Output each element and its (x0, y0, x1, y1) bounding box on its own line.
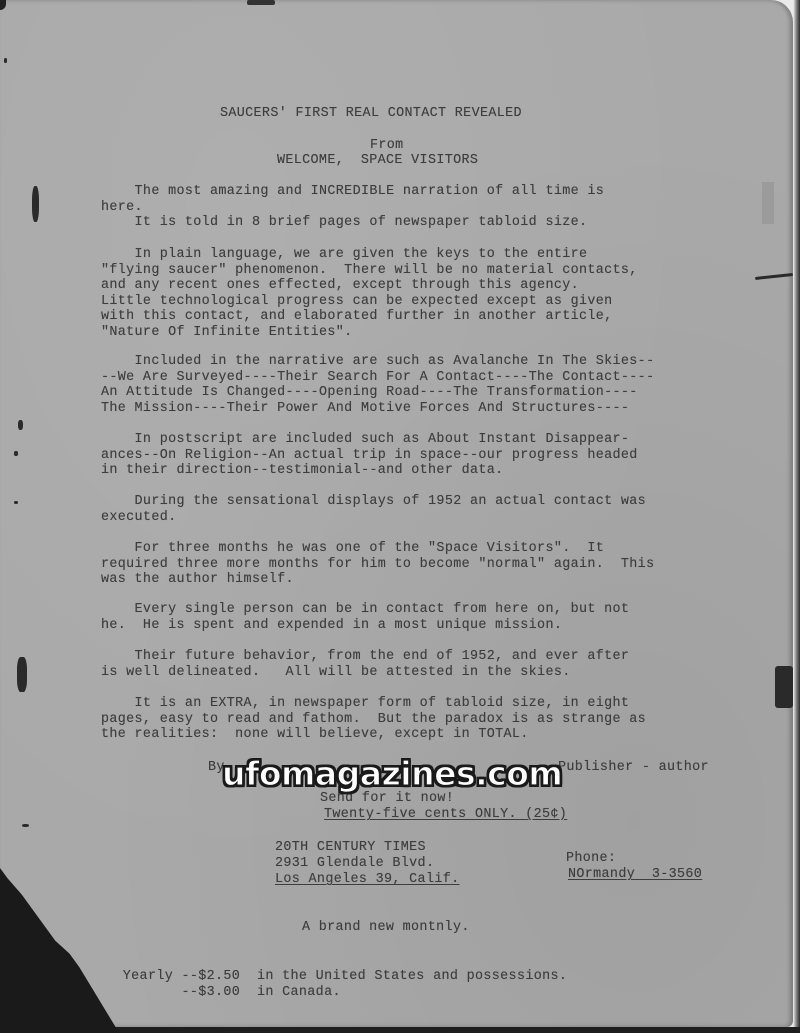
document-title: SAUCERS' FIRST REAL CONTACT REVEALED (220, 106, 522, 122)
ink-speck (22, 824, 29, 827)
paragraph-line: An Attitude Is Changed----Opening Road--… (101, 385, 638, 401)
paragraph-line: --We Are Surveyed----Their Search For A … (101, 370, 654, 386)
paragraph-line: pages, easy to read and fathom. But the … (101, 712, 646, 728)
frequency-note: A brand new montnly. (302, 920, 470, 936)
source-title: WELCOME, SPACE VISITORS (277, 153, 478, 169)
paragraph-line: "flying saucer" phenomenon. There will b… (101, 263, 638, 279)
paragraph-line: In plain language, we are given the keys… (101, 247, 587, 263)
paragraph-line: In postscript are included such as About… (101, 432, 629, 448)
paragraph-line: It is told in 8 brief pages of newspaper… (101, 215, 587, 231)
page-right-edge (793, 0, 800, 1033)
publisher-street: 2931 Glendale Blvd. (275, 856, 434, 872)
subscription-price: $3.00 (198, 985, 240, 1000)
paragraph-line: "Nature Of Infinite Entities". (101, 325, 353, 341)
top-ink-mark (247, 0, 275, 5)
paragraph-line: he. He is spent and expended in a most u… (101, 618, 562, 634)
ink-speck (14, 451, 18, 456)
paragraph-line: During the sensational displays of 1952 … (101, 494, 646, 510)
tape-mark (762, 182, 774, 224)
from-label: From (370, 138, 404, 154)
byline-role: Publisher - author (558, 760, 709, 776)
publisher-name: 20TH CENTURY TIMES (275, 840, 426, 856)
subscription-region: in Canada. (257, 985, 341, 1000)
paragraph-line: executed. (101, 510, 176, 526)
page-bottom-edge (0, 1027, 800, 1033)
paragraph-line: and any recent ones effected, except thr… (101, 278, 579, 294)
price: Twenty-five cents ONLY. (25¢) (324, 807, 567, 823)
paragraph-line: The Mission----Their Power And Motive Fo… (101, 401, 629, 417)
paragraph-line: required three more months for him to be… (101, 557, 654, 573)
paragraph-line: was the author himself. (101, 572, 294, 588)
paragraph-line: with this contact, and elaborated furthe… (101, 309, 613, 325)
paragraph-line: is well delineated. All will be attested… (101, 665, 571, 681)
paragraph-line: ances--On Religion--An actual trip in sp… (101, 448, 638, 464)
publisher-city: Los Angeles 39, Calif. (275, 872, 460, 888)
subscription-row: --$3.00 in Canada. (106, 969, 341, 1000)
phone-label: Phone: (566, 851, 616, 867)
watermark: ufomagazines.com (222, 754, 562, 794)
paragraph-line: For three months he was one of the "Spac… (101, 541, 604, 557)
paragraph-line: Every single person can be in contact fr… (101, 602, 629, 618)
paragraph-line: here. (101, 200, 143, 216)
paragraph-line: the realities: none will believe, except… (101, 727, 529, 743)
ink-speck (14, 501, 18, 504)
punch-hole-mark (17, 657, 27, 692)
phone-number: NOrmandy 3-3560 (568, 867, 702, 883)
paragraph-line: Little technological progress can be exp… (101, 294, 613, 310)
ink-speck (18, 420, 23, 430)
paragraph-line: in their direction--testimonial--and oth… (101, 463, 504, 479)
paragraph-line: The most amazing and INCREDIBLE narratio… (101, 184, 604, 200)
punch-hole-mark (32, 186, 39, 222)
edge-tear (775, 666, 793, 708)
paragraph-line: Their future behavior, from the end of 1… (101, 649, 629, 665)
paragraph-line: Included in the narrative are such as Av… (101, 354, 654, 370)
subscription-prefix: -- (123, 985, 198, 1000)
paragraph-line: It is an EXTRA, in newspaper form of tab… (101, 696, 629, 712)
ink-speck (4, 58, 7, 63)
